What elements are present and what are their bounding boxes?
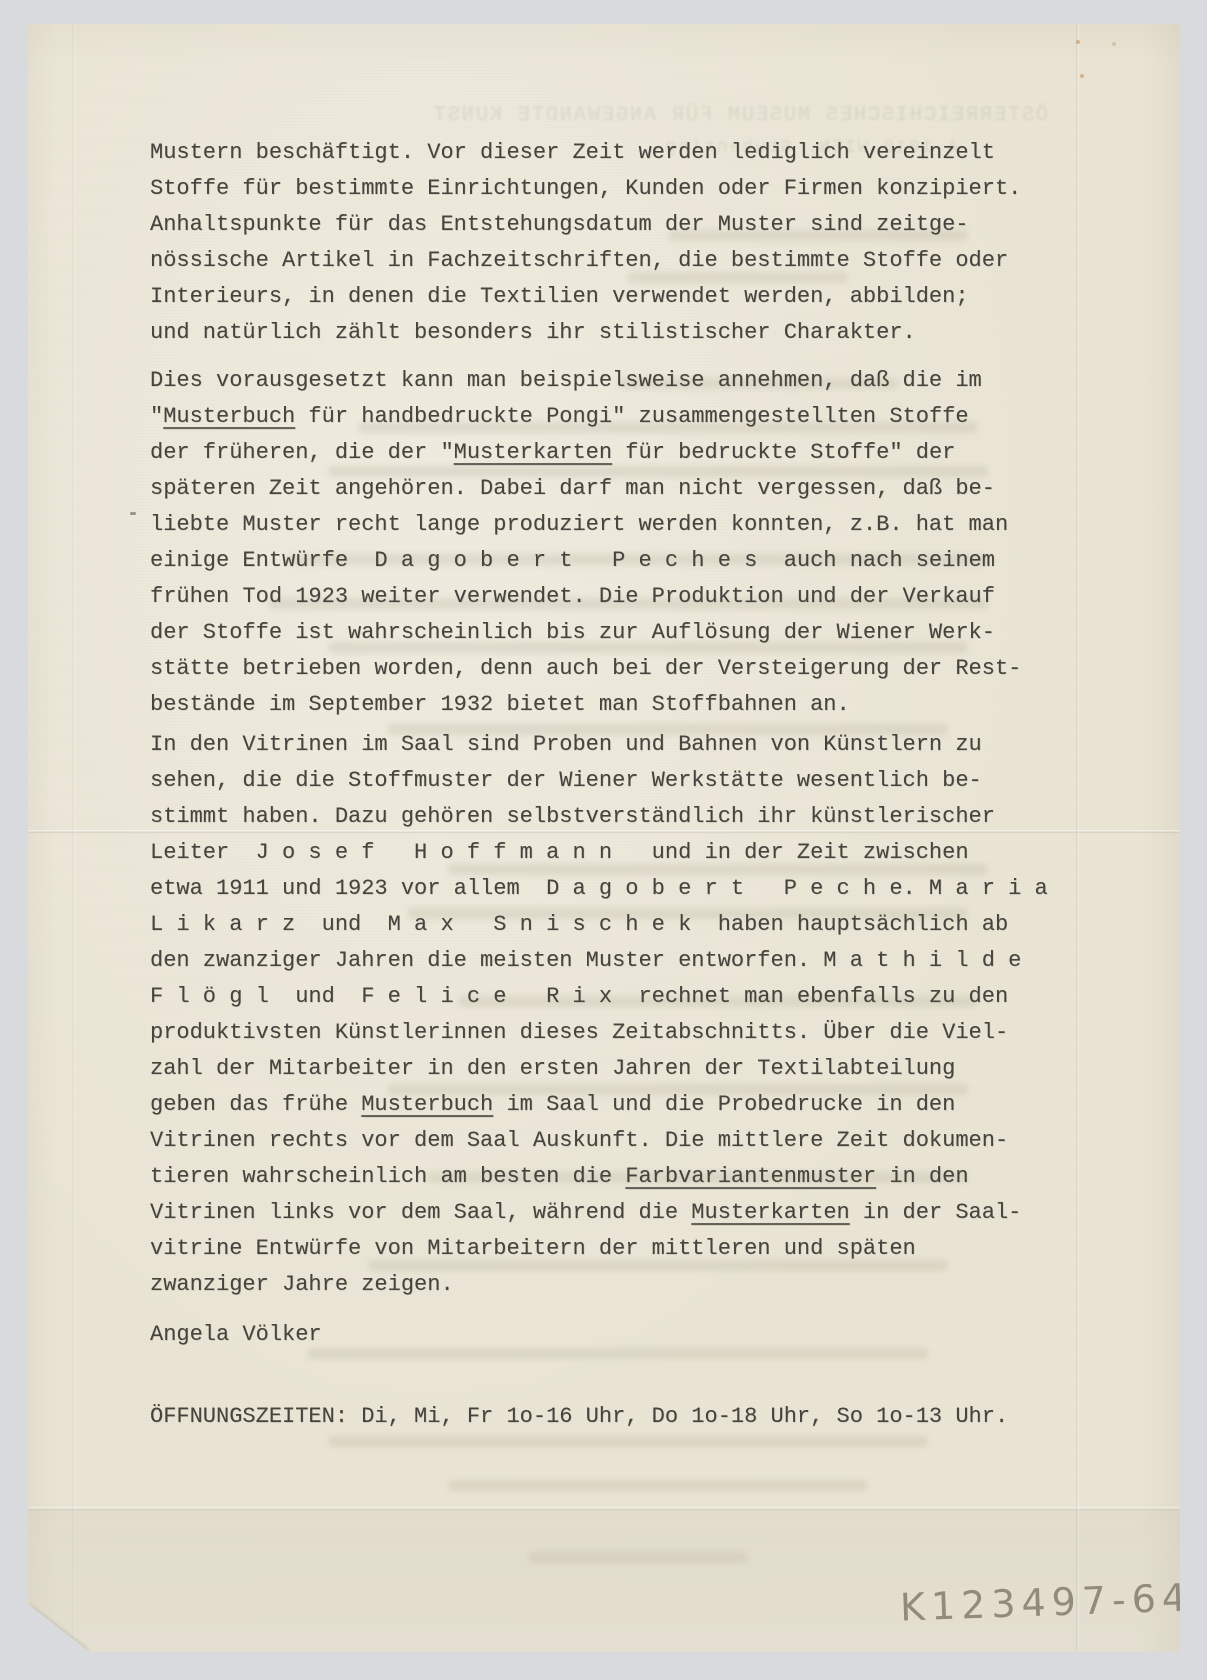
text-line: der früheren, die der "Musterkarten für … [150,435,1080,471]
text-line: frühen Tod 1923 weiter verwendet. Die Pr… [150,579,1080,615]
text-line: vitrine Entwürfe von Mitarbeitern der mi… [150,1231,1080,1267]
bleedthrough-smudge [328,1436,928,1447]
text-line: Vitrinen rechts vor dem Saal Auskunft. D… [150,1123,1080,1159]
text-line: Mustern beschäftigt. Vor dieser Zeit wer… [150,135,1080,171]
text-line: bestände im September 1932 bietet man St… [150,687,1080,723]
text-line: den zwanziger Jahren die meisten Muster … [150,943,1080,979]
text-line: Stoffe für bestimmte Einrichtungen, Kund… [150,171,1080,207]
text-line: tieren wahrscheinlich am besten die Farb… [150,1159,1080,1195]
text-line: späteren Zeit angehören. Dabei darf man … [150,471,1080,507]
text-line: liebte Muster recht lange produziert wer… [150,507,1080,543]
paragraph-1: Mustern beschäftigt. Vor dieser Zeit wer… [150,135,1080,351]
text-line: etwa 1911 und 1923 vor allem D a g o b e… [150,871,1080,907]
text-line: "Musterbuch für handbedruckte Pongi" zus… [150,399,1080,435]
paragraph-2: Dies vorausgesetzt kann man beispielswei… [150,363,1080,723]
text-line: F l ö g l und F e l i c e R i x rechnet … [150,979,1080,1015]
bleedthrough-text: ÖSTERREICHISCHES MUSEUM FÜR ANGEWANDTE K… [568,104,1048,127]
folded-corner [28,1606,88,1652]
scanned-letter-page: ÖSTERREICHISCHES MUSEUM FÜR ANGEWANDTE K… [28,24,1180,1652]
text-line: produktivsten Künstlerinnen dieses Zeita… [150,1015,1080,1051]
paper-speck [1112,42,1116,46]
author-signature: Angela Völker [150,1317,1080,1353]
text-line: zwanziger Jahre zeigen. [150,1267,1080,1303]
text-line: Vitrinen links vor dem Saal, während die… [150,1195,1080,1231]
paper-speck [1076,40,1080,44]
text-line: einige Entwürfe D a g o b e r t P e c h … [150,543,1080,579]
fold-crease [72,24,76,1652]
text-line: L i k a r z und M a x S n i s c h e k ha… [150,907,1080,943]
text-line: geben das frühe Musterbuch im Saal und d… [150,1087,1080,1123]
text-line: Dies vorausgesetzt kann man beispielswei… [150,363,1080,399]
text-line: und natürlich zählt besonders ihr stilis… [150,315,1080,351]
text-line: zahl der Mitarbeiter in den ersten Jahre… [150,1051,1080,1087]
text-line: In den Vitrinen im Saal sind Proben und … [150,727,1080,763]
paper-speck [1080,74,1084,78]
text-line: Leiter J o s e f H o f f m a n n und in … [150,835,1080,871]
paper-speck [130,512,136,515]
text-line: nössische Artikel in Fachzeitschriften, … [150,243,1080,279]
scanner-background: ÖSTERREICHISCHES MUSEUM FÜR ANGEWANDTE K… [0,0,1207,1680]
text-line: stimmt haben. Dazu gehören selbstverstän… [150,799,1080,835]
text-line: sehen, die die Stoffmuster der Wiener We… [150,763,1080,799]
opening-hours-line: ÖFFNUNGSZEITEN: Di, Mi, Fr 1o-16 Uhr, Do… [150,1399,1080,1435]
bleedthrough-smudge [448,1480,868,1491]
paragraph-3: In den Vitrinen im Saal sind Proben und … [150,727,1080,1303]
text-line: stätte betrieben worden, denn auch bei d… [150,651,1080,687]
text-line: der Stoffe ist wahrscheinlich bis zur Au… [150,615,1080,651]
text-line: Angela Völker [150,1317,1080,1353]
text-line: ÖFFNUNGSZEITEN: Di, Mi, Fr 1o-16 Uhr, Do… [150,1399,1080,1435]
text-line: Interieurs, in denen die Textilien verwe… [150,279,1080,315]
text-line: Anhaltspunkte für das Entstehungsdatum d… [150,207,1080,243]
